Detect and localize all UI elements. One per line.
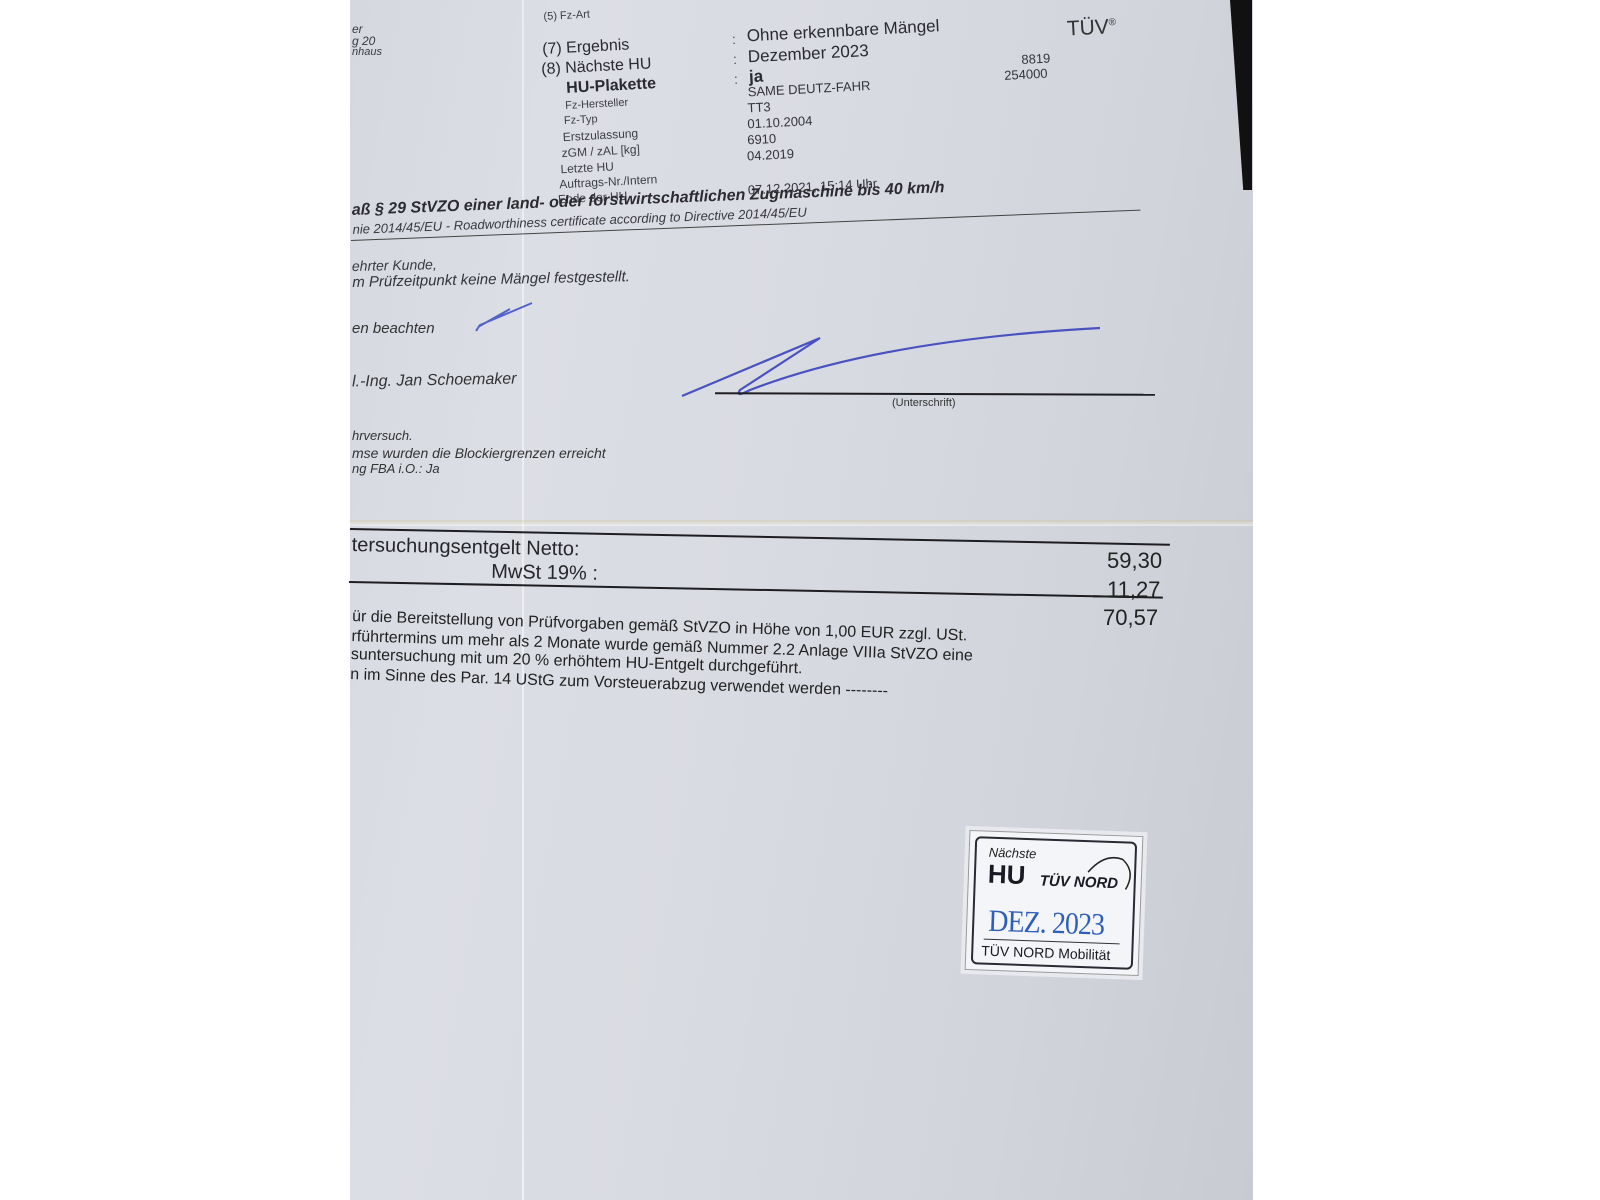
hu-inspection-sticker: Nächste HU TÜV NORD DEZ. 2023 TÜV NORD M…: [965, 830, 1144, 976]
paper-fold-vertical: [522, 0, 524, 1200]
total-value: 70,57: [1103, 605, 1158, 631]
label-fz-art: (5) Fz-Art: [543, 9, 590, 23]
netto-label: tersuchungsentgelt Netto:: [351, 534, 579, 561]
pen-check-mark-icon: [470, 295, 540, 340]
value-zgm-zal: 6910: [747, 131, 777, 147]
value-fz-typ: TT3: [747, 99, 771, 115]
sticker-footer: TÜV NORD Mobilität: [981, 942, 1111, 962]
sticker-date-stamp: DEZ. 2023: [988, 903, 1105, 943]
tuv-nord-arc-icon: [1083, 850, 1135, 897]
test-line-1: hrversuch.: [352, 428, 413, 443]
colon: :: [732, 31, 737, 47]
note-text: en beachten: [352, 320, 435, 337]
test-line-2: mse wurden die Blockiergrenzen erreicht: [352, 445, 606, 461]
label-fz-typ: Fz-Typ: [564, 113, 598, 127]
colon: :: [733, 51, 738, 67]
mwst-label: MwSt 19% :: [491, 561, 598, 586]
test-line-3: ng FBA i.O.: Ja: [352, 461, 440, 476]
value-auftrags-nr-1: 8819: [1021, 50, 1051, 66]
sticker-hu: HU: [987, 859, 1026, 891]
mwst-value: 11,27: [1107, 577, 1160, 603]
signature-label: (Unterschrift): [892, 397, 956, 409]
paper-fold-horizontal: [350, 520, 1253, 526]
greeting: ehrter Kunde,: [352, 256, 437, 274]
value-auftrags-nr-2: 254000: [1004, 66, 1048, 83]
value-letzte-hu: 04.2019: [747, 146, 795, 163]
address-line-3: nhaus: [352, 46, 382, 58]
netto-value: 59,30: [1107, 548, 1162, 574]
tuv-logo: TÜV®: [1066, 15, 1117, 42]
tuv-logo-text: TÜV: [1066, 15, 1109, 40]
label-letzte-hu: Letzte HU: [560, 159, 614, 176]
colon: :: [734, 71, 739, 87]
registered-mark: ®: [1108, 17, 1116, 28]
inspector-name: l.-Ing. Jan Schoemaker: [352, 371, 517, 392]
sticker-border: Nächste HU TÜV NORD DEZ. 2023 TÜV NORD M…: [971, 836, 1137, 970]
